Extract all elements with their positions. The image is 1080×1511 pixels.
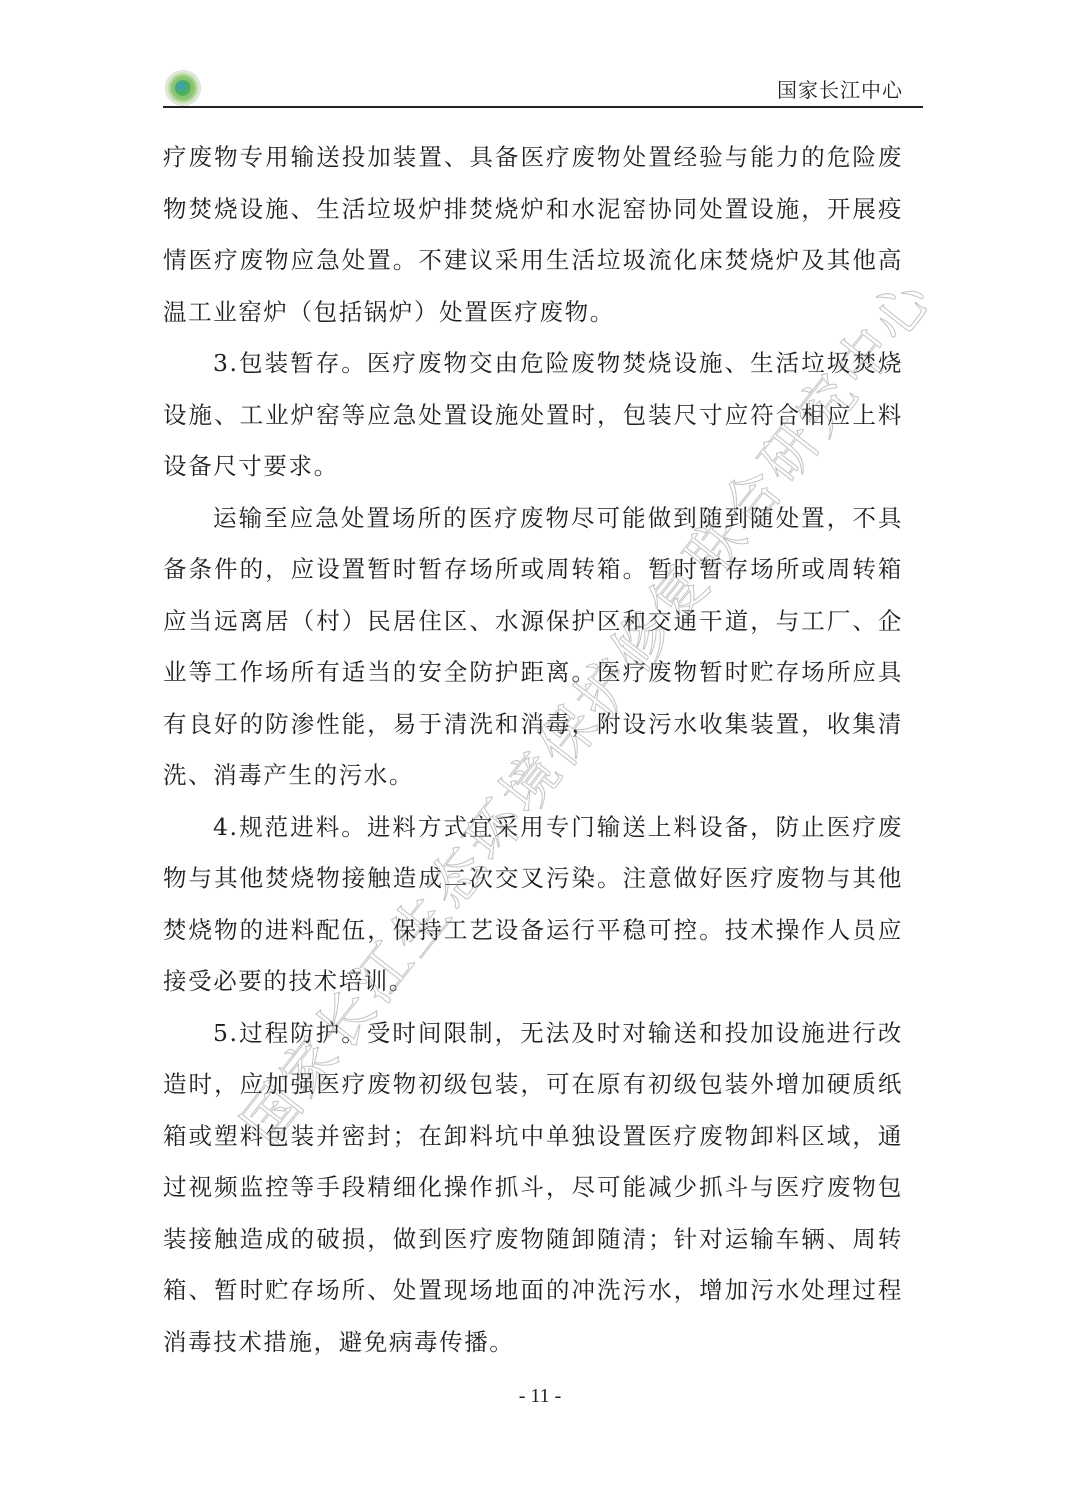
paragraph-process-protection: 5.过程防护。受时间限制，无法及时对输送和投加设施进行改造时，应加强医疗废物初级…	[163, 1008, 903, 1369]
header-title: 国家长江中心	[777, 74, 903, 103]
paragraph-transport-temporary-storage: 运输至应急处置场所的医疗废物尽可能做到随到随处置，不具备条件的，应设置暂时暂存场…	[163, 493, 903, 802]
page-number: - 11 -	[0, 1385, 1080, 1408]
document-body: 疗废物专用输送投加装置、具备医疗废物处置经验与能力的危险废物焚烧设施、生活垃圾炉…	[163, 132, 903, 1368]
logo-emblem-icon	[175, 80, 191, 96]
header-divider	[163, 106, 923, 108]
organization-logo-icon	[165, 70, 201, 106]
paragraph-packaging-storage: 3.包装暂存。医疗废物交由危险废物焚烧设施、生活垃圾焚烧设施、工业炉窑等应急处置…	[163, 338, 903, 493]
paragraph-standard-feeding: 4.规范进料。进料方式宜采用专门输送上料设备，防止医疗废物与其他焚烧物接触造成二…	[163, 802, 903, 1008]
page-header: 国家长江中心	[163, 66, 923, 106]
paragraph-disposal-facilities: 疗废物专用输送投加装置、具备医疗废物处置经验与能力的危险废物焚烧设施、生活垃圾炉…	[163, 132, 903, 338]
